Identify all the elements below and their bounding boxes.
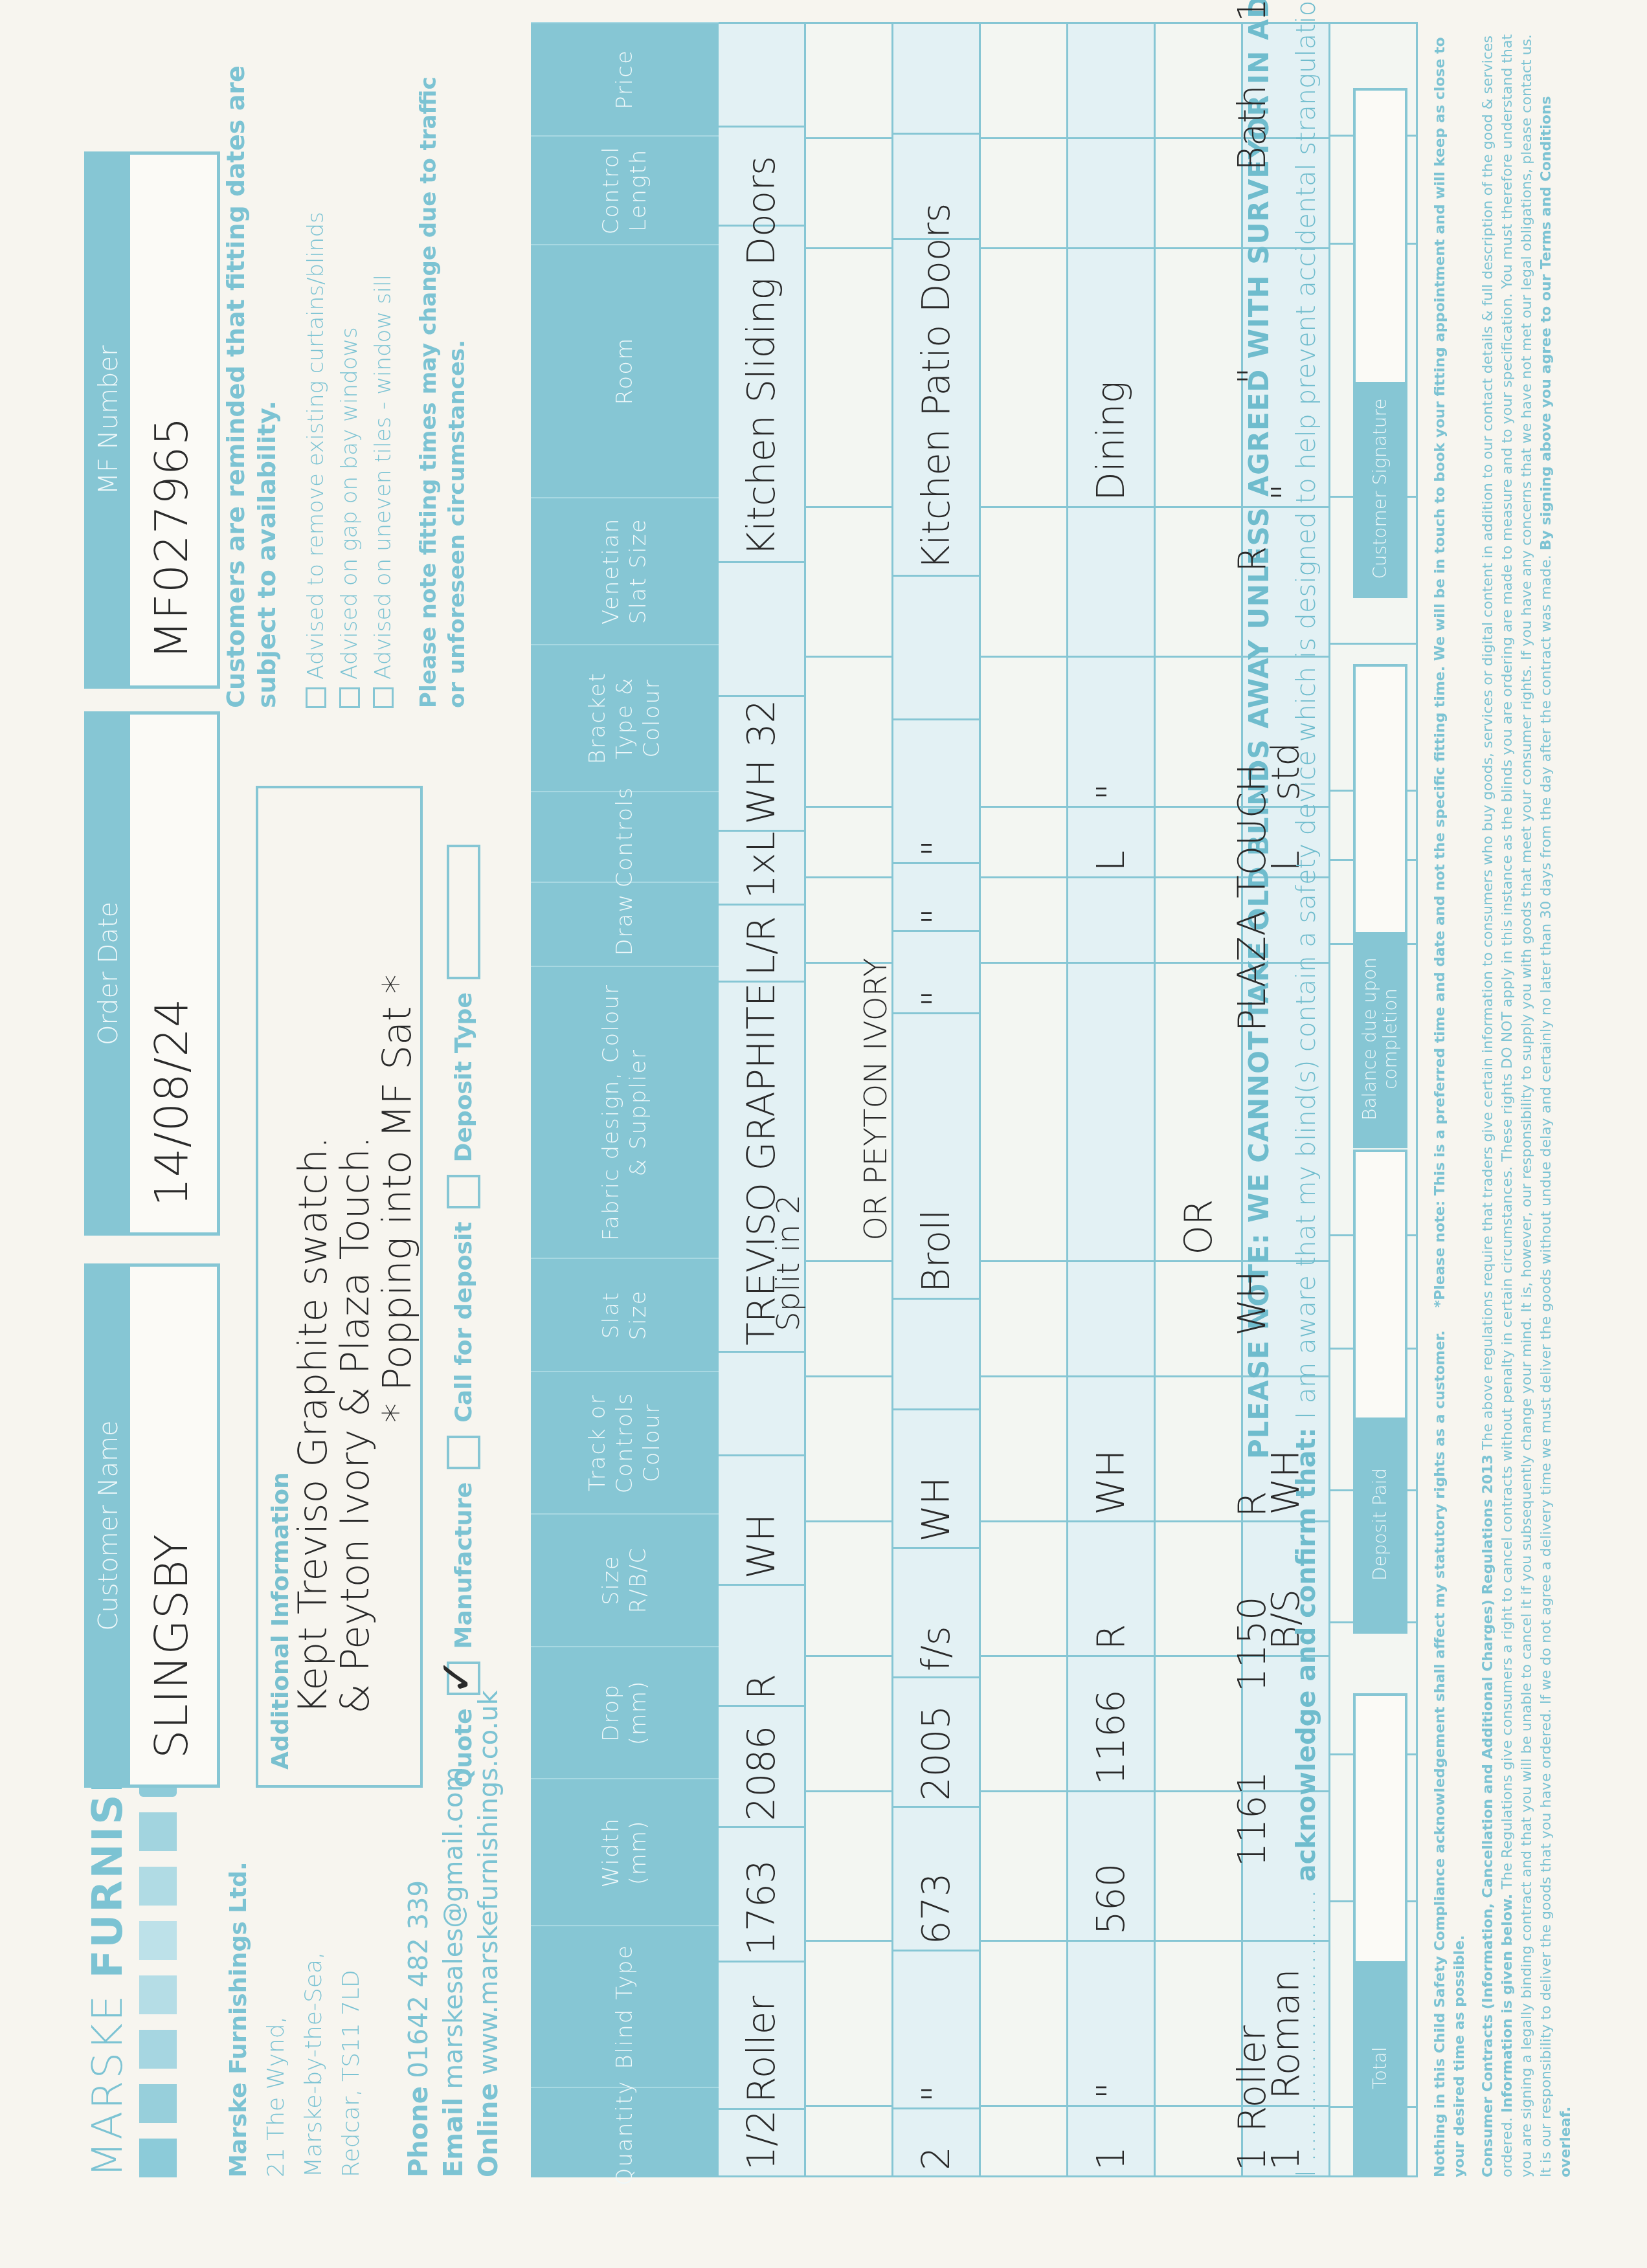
table-cell-bracket[interactable] <box>1156 656 1241 805</box>
company-address: Marske Furnishings Ltd. 21 The Wynd, Mar… <box>220 1862 370 2177</box>
table-cell-width[interactable]: 673 <box>893 1806 979 1950</box>
table-cell-slat[interactable] <box>1156 1260 1241 1375</box>
fine-print: Nothing in this Child Safety Compliance … <box>1431 28 1585 2177</box>
customer-name-value[interactable]: SLINGSBY <box>130 1267 217 1784</box>
column-header: Drop (mm) <box>531 1646 719 1779</box>
additional-info-title: Additional Information <box>267 1472 294 1770</box>
brand-name-light: MARSKE <box>84 1994 132 2178</box>
call-for-deposit-label: Call for deposit <box>451 1221 477 1422</box>
total-value[interactable] <box>1356 1696 1405 1961</box>
table-cell-width[interactable]: 1763 <box>719 1826 804 1960</box>
table-cell-size[interactable] <box>1156 1520 1241 1656</box>
table-cell-blind-type[interactable] <box>806 1940 891 2104</box>
balance-due-value[interactable] <box>1356 667 1405 932</box>
table-cell-draw[interactable] <box>806 876 891 962</box>
table-cell-venetian[interactable] <box>719 561 804 695</box>
ack-heading: acknowledge and confirm that: <box>1292 1427 1321 1882</box>
availability-reminder: Customers are reminded that fitting date… <box>220 61 282 708</box>
column-header: Track or Controls Colour <box>531 1371 719 1513</box>
advisory-item: Advised on uneven tiles - window sill <box>366 61 400 708</box>
fitting-notes: Customers are reminded that fitting date… <box>220 61 471 708</box>
column-header: Controls <box>531 791 719 882</box>
table-cell-drop[interactable] <box>981 1655 1066 1790</box>
order-date-value[interactable]: 14/08/24 <box>130 715 217 1232</box>
acknowledgement: I ................................. ackn… <box>1292 0 1321 2177</box>
old-blinds-notice: PLEASE NOTE: WE CANNOT TAKE OLD BLINDS A… <box>1243 0 1275 1459</box>
table-cell-size[interactable]: R <box>1068 1520 1154 1656</box>
phone-label: Phone <box>404 2086 434 2177</box>
table-cell-blind-type[interactable]: Roller <box>719 1961 804 2108</box>
quote-label: Quote <box>451 1708 477 1788</box>
call-for-deposit-checkbox[interactable] <box>447 1175 480 1208</box>
column-header: Size R/B/C <box>531 1513 719 1646</box>
table-cell-quantity[interactable]: 1 <box>1068 2105 1154 2175</box>
address-line: Marske-by-the-Sea, <box>295 1862 333 2177</box>
table-cell-fabric[interactable] <box>981 962 1066 1260</box>
column-header: Price <box>531 22 719 135</box>
additional-info-line: Kept Treviso Graphite swatch. <box>291 1137 336 1714</box>
order-items-table: QuantityBlind TypeWidth (mm)Drop (mm)Siz… <box>531 22 1418 2177</box>
table-cell-draw[interactable]: L/R <box>719 904 804 981</box>
table-cell-bracket[interactable]: WH 32 <box>719 695 804 829</box>
table-cell-bracket[interactable]: " <box>893 718 979 862</box>
table-row: 1"5601166RWHL"Dining <box>1068 22 1156 2175</box>
customer-name-label: Customer Name <box>87 1267 130 1784</box>
table-cell-price[interactable] <box>1156 22 1241 137</box>
table-cell-quantity[interactable]: 2 <box>893 2107 979 2175</box>
table-cell-colour[interactable]: WH <box>719 1454 804 1584</box>
mf-number-value[interactable]: MF027965 <box>130 155 217 685</box>
table-cell-control-length[interactable] <box>981 137 1066 247</box>
table-cell-width[interactable] <box>1156 1790 1241 1940</box>
total-field[interactable]: Total <box>1353 1693 1407 2177</box>
table-cell-slat[interactable] <box>719 1351 804 1454</box>
table-row: 1/2Roller17632086RWHTREVISO GRAPHITESpli… <box>719 22 806 2175</box>
table-cell-slat[interactable] <box>1068 1260 1154 1375</box>
table-cell-size[interactable]: R <box>719 1584 804 1705</box>
ack-text: I am aware that my blind(s) contain a sa… <box>1292 0 1321 1419</box>
table-cell-fabric[interactable] <box>1068 962 1154 1260</box>
phone-value: 01642 482 339 <box>404 1880 434 2078</box>
table-cell-draw[interactable] <box>1068 876 1154 962</box>
table-cell-price[interactable] <box>981 22 1066 137</box>
table-row: OR PEYTON IVORY <box>806 22 893 2175</box>
table-cell-price[interactable] <box>1068 22 1154 137</box>
email-value[interactable]: marskesales@gmail.com <box>439 1767 469 2089</box>
table-cell-drop[interactable]: 1166 <box>1068 1655 1154 1790</box>
additional-info-line: * Popping into MF Sat * <box>375 974 420 1423</box>
mf-number-label: MF Number <box>87 155 130 685</box>
table-cell-controls[interactable]: " <box>893 862 979 930</box>
table-cell-bracket[interactable] <box>981 656 1066 805</box>
fabric-swatches-icon <box>139 1758 177 2177</box>
customer-name-field[interactable]: Customer Name SLINGSBY <box>84 1263 220 1788</box>
table-cell-price[interactable] <box>893 22 979 133</box>
table-cell-room[interactable] <box>1156 248 1241 506</box>
table-cell-fabric[interactable]: TREVISO GRAPHITESplit in 2 <box>719 981 804 1350</box>
column-header: Blind Type <box>531 1925 719 2087</box>
order-type-checkboxes: Quote Manufacture Call for deposit Depos… <box>447 845 480 1788</box>
order-form-sheet: MARSKE FURNISHINGS Marske Furnishings Lt… <box>0 0 1647 2268</box>
advisory-item: Advised to remove existing curtains/blin… <box>299 61 333 708</box>
table-cell-venetian[interactable] <box>1068 506 1154 656</box>
table-cell-venetian[interactable] <box>893 575 979 718</box>
table-cell-room[interactable]: Kitchen Sliding Doors <box>719 225 804 561</box>
column-header: Width (mm) <box>531 1778 719 1925</box>
table-cell-colour[interactable]: WH <box>1068 1375 1154 1520</box>
table-cell-control-length[interactable] <box>1068 137 1154 247</box>
table-cell-room[interactable] <box>981 248 1066 506</box>
table-cell-controls[interactable]: L <box>1068 806 1154 876</box>
balance-due-label: Balance due upon completion <box>1356 932 1405 1146</box>
column-header: Quantity <box>531 2087 719 2177</box>
table-cell-blind-type[interactable]: " <box>893 1950 979 2107</box>
deposit-type-input[interactable] <box>447 845 480 979</box>
total-label: Total <box>1356 1961 1405 2175</box>
table-cell-draw[interactable]: " <box>893 930 979 1012</box>
table-cell-control-length[interactable] <box>1156 137 1241 247</box>
table-cell-venetian[interactable] <box>806 506 891 656</box>
ack-name-blank[interactable]: I ................................. <box>1292 1890 1321 2177</box>
table-row <box>981 22 1068 2175</box>
column-header: Room <box>531 244 719 497</box>
table-cell-bracket[interactable]: " <box>1068 656 1154 805</box>
deposit-paid-value[interactable] <box>1356 1152 1405 1417</box>
order-date-field[interactable]: Order Date 14/08/24 <box>84 711 220 1236</box>
table-cell-quantity[interactable] <box>1156 2105 1241 2175</box>
column-header: Venetian Slat Size <box>531 497 719 644</box>
table-cell-blind-type[interactable] <box>981 1940 1066 2104</box>
table-cell-fabric[interactable]: Broll <box>893 1012 979 1298</box>
table-cell-controls[interactable] <box>981 806 1066 876</box>
column-header: Control Length <box>531 135 719 244</box>
table-cell-drop[interactable]: 2086 <box>719 1705 804 1826</box>
advisory-checkbox[interactable] <box>373 687 394 708</box>
column-header: Slat Size <box>531 1258 719 1371</box>
address-line: 21 The Wynd, <box>258 1862 295 2177</box>
table-cell-control-length[interactable] <box>893 133 979 239</box>
customer-signature-field[interactable]: Customer Signature <box>1353 88 1407 598</box>
email-label: Email <box>439 2098 469 2177</box>
table-cell-blind-type[interactable] <box>1156 1940 1241 2104</box>
company-name: Marske Furnishings Ltd. <box>220 1862 258 2177</box>
table-cell-price[interactable] <box>806 22 891 137</box>
manufacture-label: Manufacture <box>451 1482 477 1649</box>
advisory-checkbox[interactable] <box>339 687 360 708</box>
deposit-paid-label: Deposit Paid <box>1356 1417 1405 1631</box>
table-cell-quantity[interactable] <box>981 2105 1066 2175</box>
table-cell-quantity[interactable]: 1/2 <box>719 2108 804 2175</box>
manufacture-checkbox[interactable] <box>447 1436 480 1469</box>
table-cell-drop[interactable]: 2005 <box>893 1676 979 1806</box>
table-cell-colour[interactable]: WH <box>893 1408 979 1548</box>
advisory-item: Advised on gap on bay windows <box>333 61 366 708</box>
deposit-type-label: Deposit Type <box>451 992 477 1162</box>
customer-signature-label: Customer Signature <box>1356 382 1405 595</box>
table-cell-bracket[interactable] <box>806 656 891 805</box>
column-header: Draw <box>531 882 719 966</box>
table-cell-room[interactable]: Dining <box>1068 248 1154 506</box>
table-cell-fabric[interactable]: OR PEYTON IVORY <box>806 962 891 1260</box>
column-header: Fabric design, Colour & Supplier <box>531 966 719 1258</box>
table-cell-controls[interactable] <box>1156 806 1241 876</box>
column-header: Bracket Type & Colour <box>531 644 719 791</box>
table-header: QuantityBlind TypeWidth (mm)Drop (mm)Siz… <box>531 22 719 2177</box>
table-cell-drop[interactable] <box>1156 1655 1241 1790</box>
mf-number-field[interactable]: MF Number MF027965 <box>84 151 220 689</box>
table-cell-blind-type[interactable]: " <box>1068 1940 1154 2104</box>
table-row: 2"6732005f/sWHBroll"""Kitchen Patio Door… <box>893 22 981 2175</box>
additional-info-line: & Peyton Ivory & Plaza Touch. <box>333 1136 378 1714</box>
customer-signature-value[interactable] <box>1356 91 1405 382</box>
table-cell-width[interactable] <box>806 1790 891 1940</box>
table-cell-colour[interactable] <box>806 1375 891 1520</box>
online-label: Online <box>474 2083 504 2177</box>
table-cell-draw[interactable] <box>981 876 1066 962</box>
table-cell-venetian[interactable] <box>1156 506 1241 656</box>
table-cell-room[interactable] <box>806 248 891 506</box>
table-cell-draw[interactable] <box>1156 876 1241 962</box>
table-cell-colour[interactable] <box>981 1375 1066 1520</box>
table-cell-size[interactable]: f/s <box>893 1547 979 1676</box>
table-cell-width[interactable]: 560 <box>1068 1790 1154 1940</box>
table-cell-slat[interactable] <box>806 1260 891 1375</box>
fitting-time-note: Please note fitting times may change due… <box>414 61 471 708</box>
table-cell-fabric[interactable]: OR <box>1156 962 1241 1260</box>
table-cell-controls[interactable] <box>806 806 891 876</box>
additional-info-box[interactable]: Additional Information Kept Treviso Grap… <box>256 786 423 1788</box>
table-cell-control-length[interactable] <box>806 137 891 247</box>
table-cell-control-length[interactable] <box>719 126 804 225</box>
address-line: Redcar, TS11 7LD <box>333 1862 370 2177</box>
advisory-checkbox[interactable] <box>306 687 326 708</box>
table-cell-venetian[interactable] <box>981 506 1066 656</box>
table-cell-size[interactable] <box>981 1520 1066 1656</box>
quote-checkbox[interactable] <box>447 1662 480 1695</box>
order-date-label: Order Date <box>87 715 130 1232</box>
table-cell-slat[interactable] <box>893 1298 979 1408</box>
table-cell-colour[interactable] <box>1156 1375 1241 1520</box>
table-cell-width[interactable] <box>981 1790 1066 1940</box>
table-cell-size[interactable] <box>806 1520 891 1656</box>
table-cell-quantity[interactable] <box>806 2105 891 2175</box>
table-cell-room[interactable]: Kitchen Patio Doors <box>893 238 979 575</box>
deposit-paid-field[interactable]: Deposit Paid <box>1353 1150 1407 1634</box>
table-cell-controls[interactable]: 1xL <box>719 830 804 904</box>
table-cell-slat[interactable] <box>981 1260 1066 1375</box>
table-cell-price[interactable] <box>719 22 804 126</box>
balance-due-field[interactable]: Balance due upon completion <box>1353 664 1407 1148</box>
table-cell-drop[interactable] <box>806 1655 891 1790</box>
